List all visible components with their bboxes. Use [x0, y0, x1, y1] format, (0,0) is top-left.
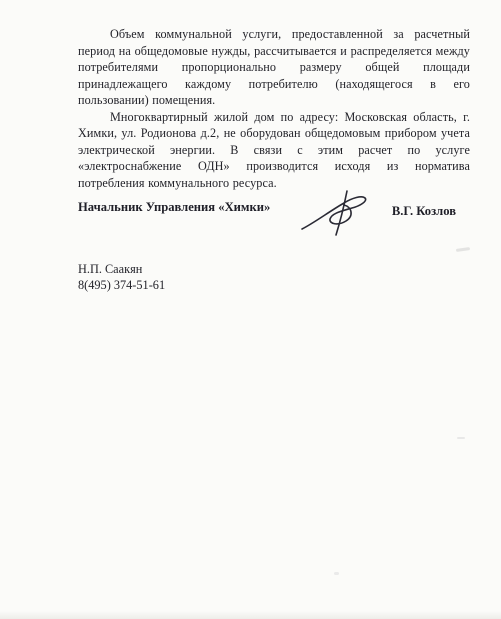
body-paragraph-2: Многоквартирный жилой дом по адресу: Мос… [78, 109, 470, 192]
scan-artifact [457, 437, 465, 439]
signature-row: Начальник Управления «Химки» В.Г. Козлов [78, 199, 470, 239]
contact-person: Н.П. Саакян [78, 261, 470, 277]
signatory-title: Начальник Управления «Химки» [78, 199, 270, 216]
contact-phone: 8(495) 374-51-61 [78, 277, 470, 293]
body-paragraph-1: Объем коммунальной услуги, предоставленн… [78, 26, 470, 109]
signatory-name: В.Г. Козлов [392, 199, 456, 220]
scan-edge-shadow [0, 611, 501, 619]
contact-block: Н.П. Саакян 8(495) 374-51-61 [78, 261, 470, 293]
handwritten-signature-icon [300, 189, 372, 237]
scan-artifact [334, 572, 339, 575]
letter-body: Объем коммунальной услуги, предоставленн… [78, 0, 470, 293]
scanned-letter-page: Объем коммунальной услуги, предоставленн… [0, 0, 501, 619]
